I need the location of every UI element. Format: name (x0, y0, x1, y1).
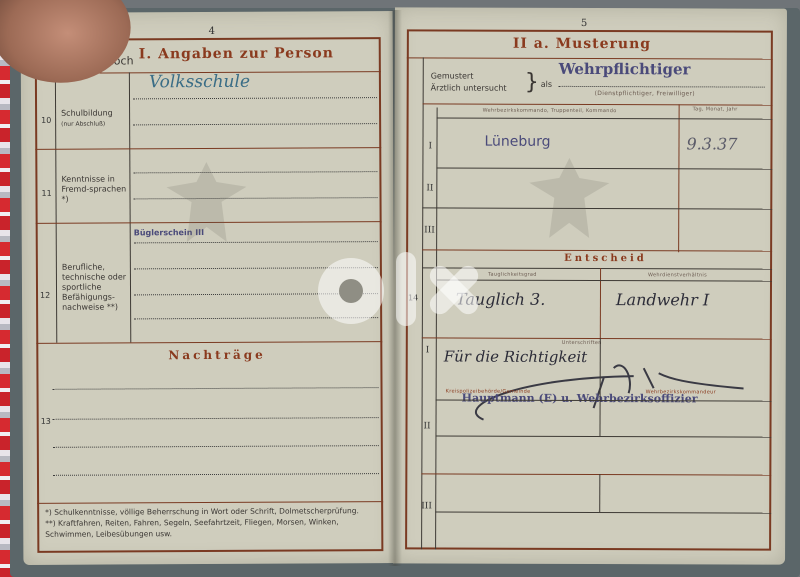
section-title: I. Angaben zur Person (139, 45, 334, 62)
decision-title: Entscheid (564, 253, 647, 264)
footnote-2: **) Kraftfahren, Reiten, Fahren, Segeln,… (45, 516, 379, 540)
schooling-entry: Volksschule (149, 72, 250, 93)
brace: } (525, 70, 539, 96)
row-roman: I (428, 141, 432, 151)
book-gutter (388, 10, 402, 566)
row-roman: III (424, 225, 435, 235)
row-label: Berufliche, technische oder sportliche B… (62, 262, 130, 312)
section-title: II a. Musterung (513, 36, 651, 52)
examined-label: Gemustert (431, 71, 474, 81)
location-column-header: Wehrbezirkskommando, Truppenteil, Komman… (483, 108, 617, 114)
supplements-title: Nachträge (168, 348, 266, 363)
medical-label: Ärztlich untersucht (431, 83, 507, 93)
row-number: 11 (41, 189, 51, 198)
fitness-column-header: Tauglichkeitsgrad (488, 272, 537, 278)
eagle-watermark-icon (161, 152, 252, 252)
service-value: Landwehr I (616, 290, 709, 309)
footnotes: *) Schulkenntnisse, völlige Beherrschung… (45, 505, 379, 540)
fitness-value: Tauglich 3. (456, 290, 545, 309)
row-number: 10 (41, 116, 51, 125)
as-label: als (541, 80, 552, 90)
row-number: 14 (408, 293, 418, 302)
row-label: Schulbildung (61, 108, 113, 118)
page-number: 4 (209, 26, 215, 37)
exam-date: 9.3.37 (686, 134, 737, 153)
left-page: 4 noch I. Angaben zur Person 10 Schulbil… (21, 11, 396, 565)
conscript-stamp: Wehrpflichtiger (559, 60, 691, 78)
date-column-header: Tag, Monat, Jahr (693, 106, 738, 112)
service-column-header: Wehrdienstverhältnis (648, 272, 707, 278)
signatures-label: Unterschriften (562, 340, 602, 346)
row-sublabel: (nur Abschluß) (61, 120, 105, 130)
right-page: 5 II a. Musterung Gemustert Ärztlich unt… (393, 7, 787, 564)
as-hint: (Dienstpflichtiger, Freiwilliger) (595, 90, 695, 97)
row-number: 13 (41, 417, 51, 426)
row-label: Kenntnisse in Fremd-sprachen *) (61, 174, 127, 204)
officer-stamp: Hauptmann (E) u. Wehrbezirksoffizier (462, 392, 698, 406)
row-roman: II (423, 421, 430, 431)
row-roman: II (426, 183, 433, 193)
divider (599, 474, 600, 512)
eagle-watermark-icon (524, 148, 614, 248)
row-number: 12 (40, 291, 50, 300)
page-number: 5 (581, 18, 587, 29)
row-roman: I (426, 345, 430, 355)
row-roman: III (421, 501, 432, 511)
